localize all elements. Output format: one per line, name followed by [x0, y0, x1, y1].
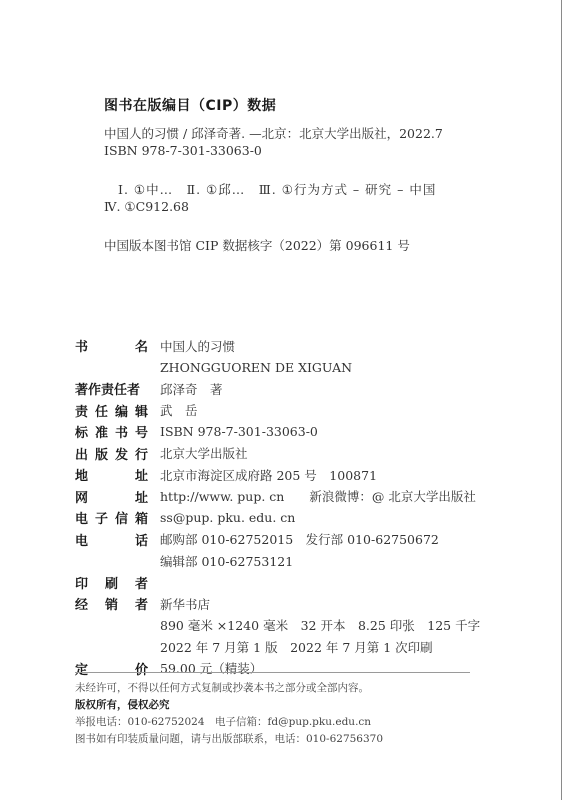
info-row: 印刷者	[75, 572, 495, 594]
info-value: 武 岳	[160, 401, 198, 419]
info-label-char: 址	[135, 487, 148, 506]
info-row: 定价59.00 元（精装）	[75, 658, 495, 680]
info-label: 定价	[75, 659, 160, 678]
info-label-char: 子	[95, 508, 108, 527]
info-label-char: 书	[115, 422, 128, 441]
cip-line-title: 中国人的习惯 / 邱泽奇著. —北京：北京大学出版社，2022.7	[104, 124, 443, 142]
info-row: 890 毫米 ×1240 毫米 32 开本 8.25 印张 125 千字	[75, 615, 495, 637]
info-label: 书名	[75, 336, 160, 355]
info-label-char: 话	[135, 530, 148, 549]
info-label-char: 定	[75, 659, 88, 678]
info-label-char: 址	[135, 465, 148, 484]
book-info-table: 书名中国人的习惯ZHONGGUOREN DE XIGUAN著作责任者邱泽奇 著责…	[75, 335, 495, 679]
info-value: ISBN 978-7-301-33063-0	[160, 424, 318, 439]
info-row: 电子信箱ss@pup. pku. edu. cn	[75, 507, 495, 529]
info-value: 邱泽奇 著	[160, 380, 223, 398]
info-label-char: 网	[75, 487, 88, 506]
info-row: 责任编辑武 岳	[75, 400, 495, 422]
rights-reserved: 版权所有，侵权必究	[75, 697, 383, 714]
cip-line-classification: Ⅰ. ①中… Ⅱ. ①邱… Ⅲ. ①行为方式 – 研究 – 中国	[118, 180, 436, 198]
info-label-char: 价	[135, 659, 148, 678]
info-label-char: 任	[95, 401, 108, 420]
info-label-char: 者	[135, 573, 148, 592]
info-label-char: 发	[115, 444, 128, 463]
info-value: 编辑部 010-62753121	[160, 552, 293, 570]
info-label-char: 准	[95, 422, 108, 441]
info-value: 中国人的习惯	[160, 337, 235, 355]
info-row: 地址北京市海淀区成府路 205 号 100871	[75, 464, 495, 486]
info-label: 标准书号	[75, 422, 160, 441]
info-label: 地址	[75, 465, 160, 484]
info-label-char: 电	[75, 508, 88, 527]
info-row: 著作责任者邱泽奇 著	[75, 378, 495, 400]
info-value: http://www. pup. cn 新浪微博：@ 北京大学出版社	[160, 487, 476, 505]
info-value: 59.00 元（精装）	[160, 659, 262, 677]
info-label: 责任编辑	[75, 401, 160, 420]
info-label-char: 号	[135, 422, 148, 441]
info-row: 出版发行北京大学出版社	[75, 443, 495, 465]
copyright-notice: 未经许可，不得以任何方式复制或抄袭本书之部分或全部内容。	[75, 680, 383, 697]
info-label-char: 名	[135, 336, 148, 355]
cip-title: 图书在版编目（CIP）数据	[104, 95, 276, 115]
info-row: 标准书号ISBN 978-7-301-33063-0	[75, 421, 495, 443]
info-label: 著作责任者	[75, 379, 160, 398]
cip-line-isbn: ISBN 978-7-301-33063-0	[104, 143, 262, 158]
info-label-char: 著作责任者	[75, 379, 140, 398]
info-label: 印刷者	[75, 573, 160, 592]
info-label-char: 地	[75, 465, 88, 484]
cip-line-number: 中国版本图书馆 CIP 数据核字（2022）第 096611 号	[104, 236, 410, 254]
info-label-char: 箱	[135, 508, 148, 527]
footer-divider	[75, 672, 470, 673]
cip-line-code: Ⅳ. ①C912.68	[104, 199, 189, 214]
info-value: 邮购部 010-62752015 发行部 010-62750672	[160, 530, 439, 548]
info-label-char: 辑	[135, 401, 148, 420]
info-label: 电子信箱	[75, 508, 160, 527]
info-label-char: 销	[105, 594, 118, 613]
info-value: 北京市海淀区成府路 205 号 100871	[160, 466, 377, 484]
info-label-char: 经	[75, 594, 88, 613]
info-label-char: 编	[115, 401, 128, 420]
info-label: 经销者	[75, 594, 160, 613]
info-label-char: 书	[75, 336, 88, 355]
info-label-char: 信	[115, 508, 128, 527]
info-label-char: 标	[75, 422, 88, 441]
info-value: 北京大学出版社	[160, 444, 248, 462]
info-row: ZHONGGUOREN DE XIGUAN	[75, 357, 495, 379]
info-label-char: 行	[135, 444, 148, 463]
report-contact: 举报电话：010-62752024 电子信箱：fd@pup.pku.edu.cn	[75, 714, 383, 731]
info-label: 电话	[75, 530, 160, 549]
info-row: 经销者新华书店	[75, 593, 495, 615]
info-value: ZHONGGUOREN DE XIGUAN	[160, 360, 352, 375]
info-label-char: 版	[95, 444, 108, 463]
info-value: 2022 年 7 月第 1 版 2022 年 7 月第 1 次印刷	[160, 638, 433, 656]
info-value: ss@pup. pku. edu. cn	[160, 510, 295, 525]
info-row: 2022 年 7 月第 1 版 2022 年 7 月第 1 次印刷	[75, 636, 495, 658]
info-label-char: 出	[75, 444, 88, 463]
info-row: 编辑部 010-62753121	[75, 550, 495, 572]
info-label-char: 印	[75, 573, 88, 592]
copyright-footer: 未经许可，不得以任何方式复制或抄袭本书之部分或全部内容。 版权所有，侵权必究 举…	[75, 680, 383, 748]
info-row: 电话邮购部 010-62752015 发行部 010-62750672	[75, 529, 495, 551]
info-value: 890 毫米 ×1240 毫米 32 开本 8.25 印张 125 千字	[160, 616, 480, 634]
info-label-char: 责	[75, 401, 88, 420]
info-label-char: 者	[135, 594, 148, 613]
info-value: 新华书店	[160, 595, 210, 613]
info-label-char: 电	[75, 530, 88, 549]
quality-contact: 图书如有印装质量问题，请与出版部联系，电话：010-62756370	[75, 731, 383, 748]
info-row: 网址http://www. pup. cn 新浪微博：@ 北京大学出版社	[75, 486, 495, 508]
info-row: 书名中国人的习惯	[75, 335, 495, 357]
info-label: 出版发行	[75, 444, 160, 463]
info-label: 网址	[75, 487, 160, 506]
info-label-char: 刷	[105, 573, 118, 592]
